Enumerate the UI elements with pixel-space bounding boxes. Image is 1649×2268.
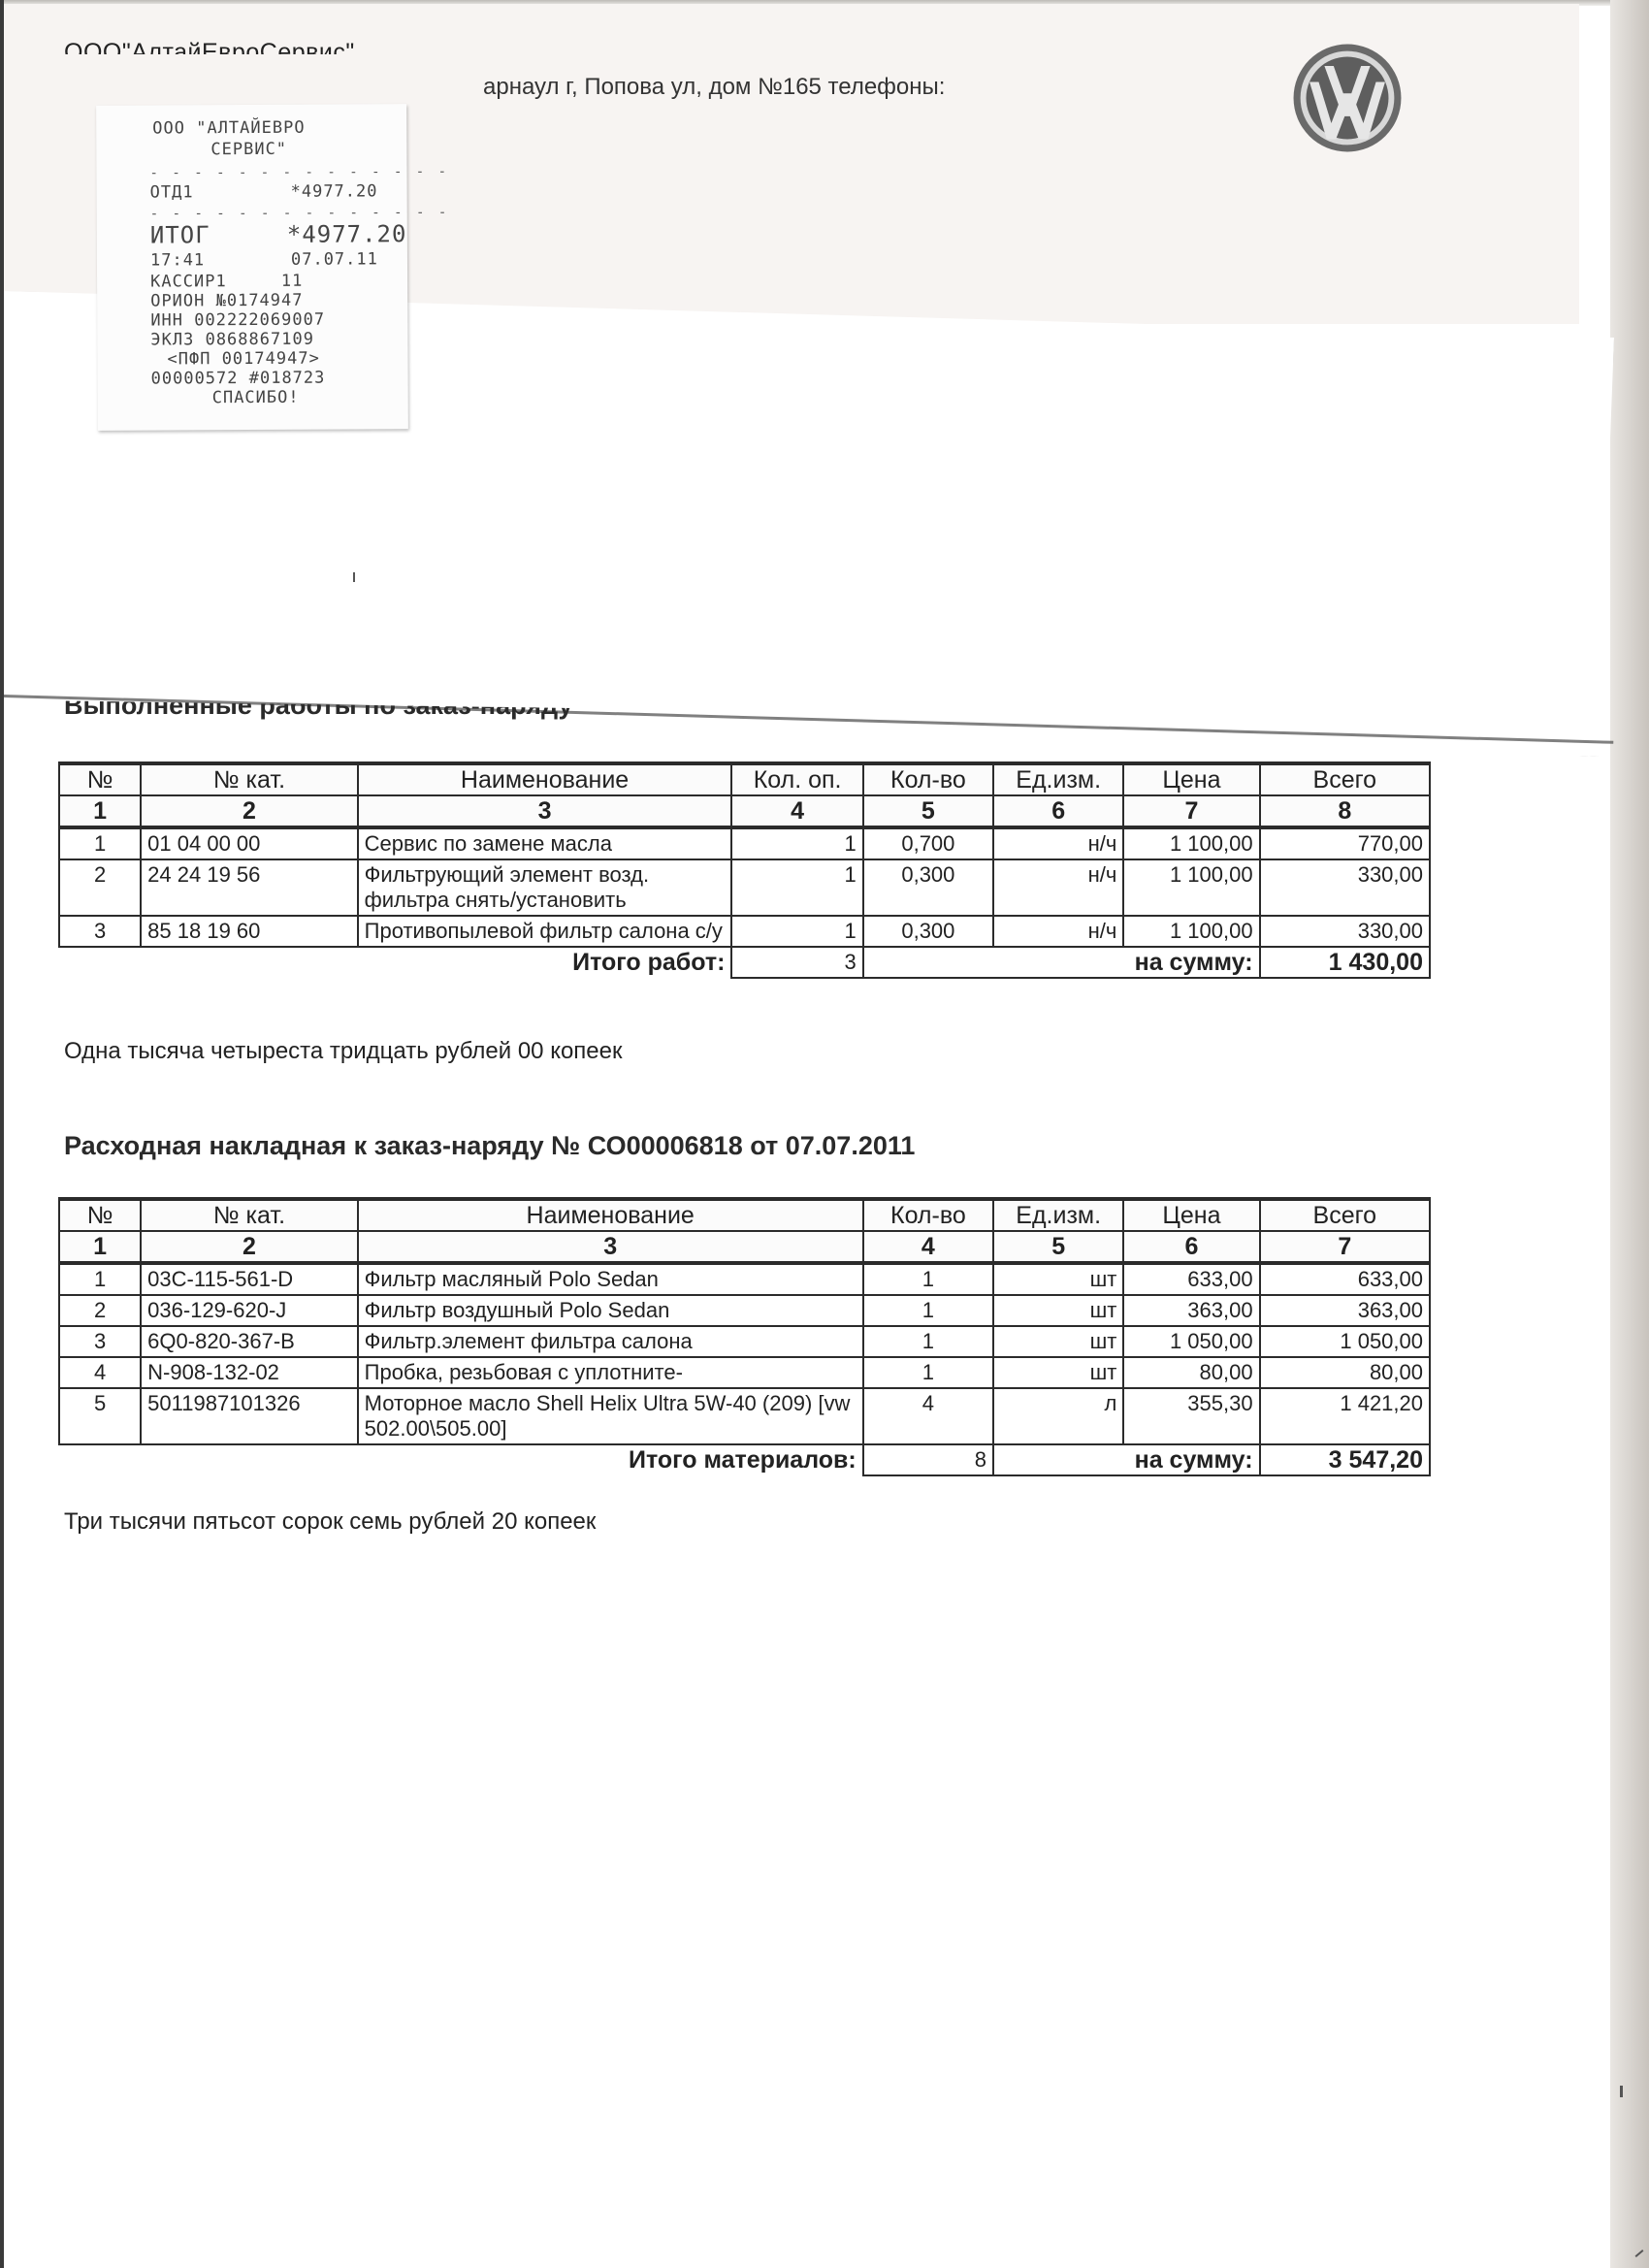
line-total: 330,00 (1260, 859, 1430, 916)
invoice-table: № № кат. Наименование Кол-во Ед.изм. Цен… (58, 1197, 1431, 1476)
materials-total-label: Итого материалов: (59, 1444, 863, 1475)
unit: шт (993, 1263, 1123, 1295)
receipt-pfp: <ПФП 00174947> (167, 349, 319, 370)
col-number: 3 (358, 795, 732, 827)
table-row: 2 036-129-620-J Фильтр воздушный Polo Se… (59, 1295, 1430, 1326)
receipt-dept-amount: *4977.20 (291, 181, 378, 201)
volkswagen-logo-icon (1290, 41, 1405, 155)
col-header: Цена (1123, 1199, 1259, 1231)
table-row: 3 85 18 19 60 Противопылевой фильтр сало… (59, 916, 1430, 947)
receipt-time: 17:41 (150, 250, 205, 270)
price: 633,00 (1123, 1263, 1259, 1295)
col-header: Наименование (358, 763, 732, 795)
col-header: № кат. (141, 763, 357, 795)
receipt-divider: - - - - - - - - - - - - - - (150, 205, 450, 222)
table-row: 1 03C-115-561-D Фильтр масляный Polo Sed… (59, 1263, 1430, 1295)
item-name: Фильтр воздушный Polo Sedan (358, 1295, 863, 1326)
price: 1 100,00 (1123, 916, 1259, 947)
unit: н/ч (993, 916, 1123, 947)
table-row: 1 01 04 00 00 Сервис по замене масла 1 0… (59, 827, 1430, 859)
scan-edge-right (1610, 0, 1649, 2268)
quantity: 4 (863, 1388, 993, 1444)
row-number: 2 (59, 1295, 141, 1326)
row-number: 2 (59, 859, 141, 916)
col-header: № кат. (141, 1199, 357, 1231)
operations-count: 1 (731, 916, 862, 947)
operations-count: 1 (731, 859, 862, 916)
unit: н/ч (993, 827, 1123, 859)
receipt-company-line1: ООО "АЛТАЙЕВРО (152, 118, 305, 139)
item-name: Сервис по замене масла (358, 827, 732, 859)
works-table: № № кат. Наименование Кол. оп. Кол-во Ед… (58, 761, 1431, 979)
receipt-dept-label: ОТД1 (150, 182, 194, 202)
receipt-company-line2: СЕРВИС" (210, 140, 287, 159)
unit: шт (993, 1357, 1123, 1388)
cash-receipt: ООО "АЛТАЙЕВРО СЕРВИС" - - - - - - - - -… (96, 104, 408, 431)
works-header-row: № № кат. Наименование Кол. оп. Кол-во Ед… (59, 763, 1430, 795)
materials-amount-in-words: Три тысячи пятьсот сорок семь рублей 20 … (64, 1508, 596, 1536)
col-number: 1 (59, 795, 141, 827)
unit: л (993, 1388, 1123, 1444)
row-number: 4 (59, 1357, 141, 1388)
company-address: арнаул г, Попова ул, дом №165 телефоны: (483, 74, 945, 101)
receipt-total-amount: *4977.20 (287, 220, 407, 248)
item-name: Фильтрующий элемент возд. фильтра снять/… (358, 859, 732, 916)
catalog-number: 24 24 19 56 (141, 859, 357, 916)
line-total: 1 421,20 (1260, 1388, 1430, 1444)
receipt-inn: ИНН 002222069007 (150, 310, 325, 331)
works-total-label: Итого работ: (59, 947, 731, 978)
scan-edge-left (0, 0, 4, 2268)
works-amount-in-words: Одна тысяча четыреста тридцать рублей 00… (64, 1038, 623, 1065)
col-number: 2 (141, 1231, 357, 1263)
works-column-numbers-row: 1 2 3 4 5 6 7 8 (59, 795, 1430, 827)
works-sum: 1 430,00 (1260, 947, 1430, 978)
col-header: № (59, 1199, 141, 1231)
price: 355,30 (1123, 1388, 1259, 1444)
receipt-device: ОРИОН №0174947 (150, 291, 303, 311)
line-total: 770,00 (1260, 827, 1430, 859)
col-header: Всего (1260, 763, 1430, 795)
col-header: Кол. оп. (731, 763, 862, 795)
unit: шт (993, 1295, 1123, 1326)
item-name: Противопылевой фильтр салона с/у (358, 916, 732, 947)
catalog-number: 036-129-620-J (141, 1295, 357, 1326)
row-number: 1 (59, 1263, 141, 1295)
receipt-eklz: ЭКЛЗ 0868867109 (150, 330, 314, 350)
item-name: Пробка, резьбовая с уплотните- (358, 1357, 863, 1388)
works-total-count: 3 (731, 947, 862, 978)
col-number: 1 (59, 1231, 141, 1263)
col-number: 7 (1123, 795, 1259, 827)
table-row: 3 6Q0-820-367-B Фильтр.элемент фильтра с… (59, 1326, 1430, 1357)
catalog-number: 03C-115-561-D (141, 1263, 357, 1295)
catalog-number: 5011987101326 (141, 1388, 357, 1444)
line-total: 330,00 (1260, 916, 1430, 947)
works-sum-label: на сумму: (863, 947, 1260, 978)
unit: шт (993, 1326, 1123, 1357)
line-total: 633,00 (1260, 1263, 1430, 1295)
materials-sum: 3 547,20 (1260, 1444, 1430, 1475)
price: 80,00 (1123, 1357, 1259, 1388)
catalog-number: 6Q0-820-367-B (141, 1326, 357, 1357)
receipt-cashier: КАССИР1 11 (150, 272, 303, 292)
col-number: 5 (863, 795, 993, 827)
receipt-divider: - - - - - - - - - - - - - - (149, 164, 449, 181)
quantity: 1 (863, 1357, 993, 1388)
receipt-doc-numbers: 00000572 #018723 (151, 369, 326, 389)
table-row: 5 5011987101326 Моторное масло Shell Hel… (59, 1388, 1430, 1444)
col-number: 5 (993, 1231, 1123, 1263)
col-number: 6 (1123, 1231, 1259, 1263)
scan-speck (1620, 2086, 1623, 2097)
price: 1 100,00 (1123, 827, 1259, 859)
quantity: 0,300 (863, 859, 993, 916)
invoice-header-row: № № кат. Наименование Кол-во Ед.изм. Цен… (59, 1199, 1430, 1231)
col-header: Наименование (358, 1199, 863, 1231)
item-name: Фильтр масляный Polo Sedan (358, 1263, 863, 1295)
price: 1 050,00 (1123, 1326, 1259, 1357)
col-number: 4 (731, 795, 862, 827)
line-total: 80,00 (1260, 1357, 1430, 1388)
price: 363,00 (1123, 1295, 1259, 1326)
row-number: 1 (59, 827, 141, 859)
col-header: Ед.изм. (993, 763, 1123, 795)
row-number: 3 (59, 1326, 141, 1357)
quantity: 0,700 (863, 827, 993, 859)
operations-count: 1 (731, 827, 862, 859)
quantity: 1 (863, 1326, 993, 1357)
col-number: 3 (358, 1231, 863, 1263)
receipt-date: 07.07.11 (291, 249, 378, 269)
catalog-number: 85 18 19 60 (141, 916, 357, 947)
col-number: 2 (141, 795, 357, 827)
invoice-section-title: Расходная накладная к заказ-наряду № СО0… (64, 1131, 915, 1161)
col-header: Кол-во (863, 763, 993, 795)
col-number: 8 (1260, 795, 1430, 827)
col-header: Кол-во (863, 1199, 993, 1231)
quantity: 1 (863, 1263, 993, 1295)
receipt-thanks: СПАСИБО! (212, 388, 300, 407)
unit: н/ч (993, 859, 1123, 916)
price: 1 100,00 (1123, 859, 1259, 916)
col-header: Цена (1123, 763, 1259, 795)
col-number: 7 (1260, 1231, 1430, 1263)
materials-total-count: 8 (863, 1444, 993, 1475)
catalog-number: N-908-132-02 (141, 1357, 357, 1388)
item-name: Моторное масло Shell Helix Ultra 5W-40 (… (358, 1388, 863, 1444)
line-total: 363,00 (1260, 1295, 1430, 1326)
catalog-number: 01 04 00 00 (141, 827, 357, 859)
item-name: Фильтр.элемент фильтра салона (358, 1326, 863, 1357)
table-row: 4 N-908-132-02 Пробка, резьбовая с уплот… (59, 1357, 1430, 1388)
col-header: Всего (1260, 1199, 1430, 1231)
row-number: 3 (59, 916, 141, 947)
quantity: 1 (863, 1295, 993, 1326)
table-row: 2 24 24 19 56 Фильтрующий элемент возд. … (59, 859, 1430, 916)
scan-speck (353, 572, 355, 582)
materials-sum-label: на сумму: (993, 1444, 1260, 1475)
row-number: 5 (59, 1388, 141, 1444)
invoice-summary-row: Итого материалов: 8 на сумму: 3 547,20 (59, 1444, 1430, 1475)
invoice-column-numbers-row: 1 2 3 4 5 6 7 (59, 1231, 1430, 1263)
col-header: Ед.изм. (993, 1199, 1123, 1231)
receipt-total-label: ИТОГ (150, 221, 210, 248)
col-number: 6 (993, 795, 1123, 827)
line-total: 1 050,00 (1260, 1326, 1430, 1357)
quantity: 0,300 (863, 916, 993, 947)
works-summary-row: Итого работ: 3 на сумму: 1 430,00 (59, 947, 1430, 978)
col-header: № (59, 763, 141, 795)
col-number: 4 (863, 1231, 993, 1263)
